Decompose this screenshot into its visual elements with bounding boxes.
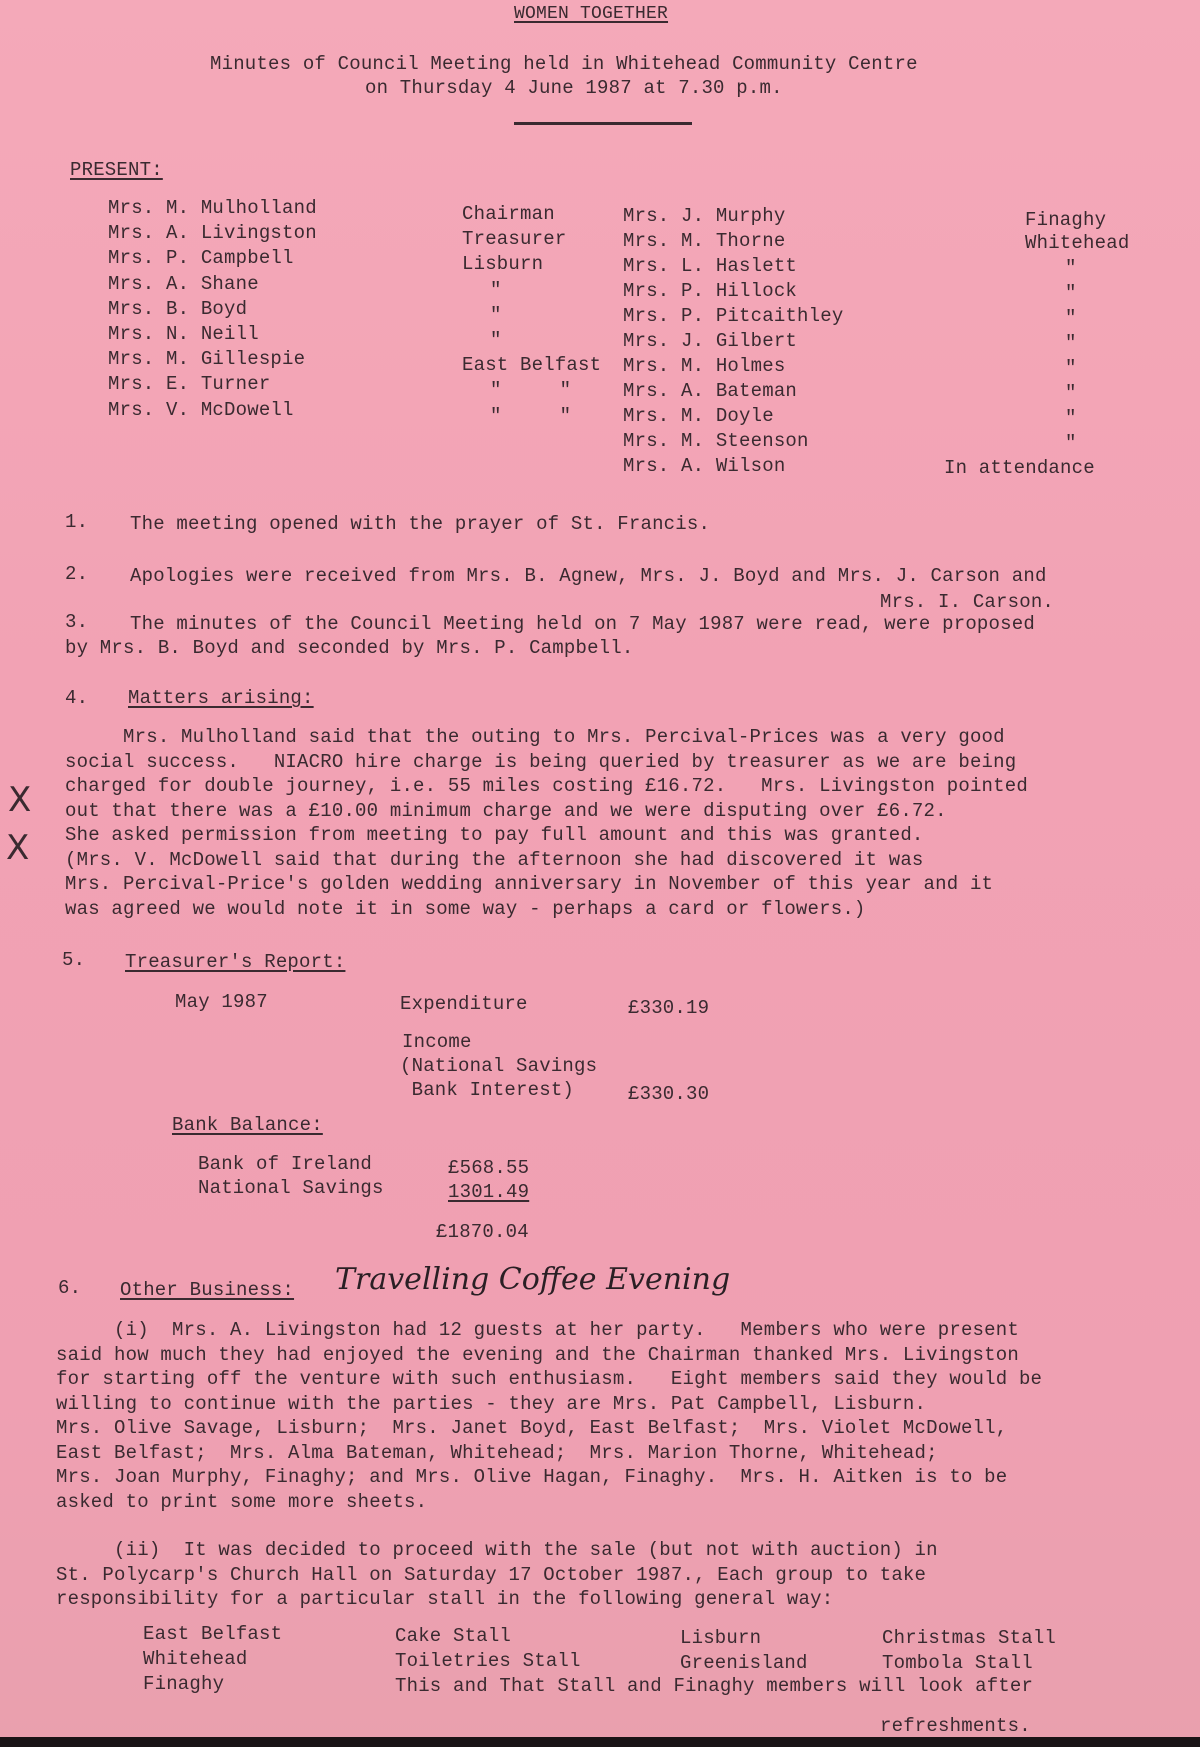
item-4-heading: Matters arising: xyxy=(128,686,314,710)
item-6-sub-2-line: St. Polycarp's Church Hall on Saturday 1… xyxy=(56,1563,926,1587)
attendee-role: Treasurer xyxy=(462,227,566,251)
meeting-subtitle-line2: on Thursday 4 June 1987 at 7.30 p.m. xyxy=(365,76,783,100)
balance-total: £1870.04 xyxy=(436,1220,529,1244)
item-6-sub-1-line: East Belfast; Mrs. Alma Bateman, Whitehe… xyxy=(56,1441,938,1465)
stall-group: Finaghy xyxy=(143,1672,224,1696)
item-2-number: 2. xyxy=(65,562,88,586)
item-1-text: The meeting opened with the prayer of St… xyxy=(130,512,710,536)
attendee-role: Lisburn xyxy=(462,252,543,276)
attendee-name: Mrs. A. Shane xyxy=(108,272,259,296)
attendee-role: " xyxy=(490,278,502,302)
attendee-role: Finaghy xyxy=(1025,208,1106,232)
item-3-line2: by Mrs. B. Boyd and seconded by Mrs. P. … xyxy=(65,636,634,660)
attendee-name: Mrs. P. Pitcaithley xyxy=(623,304,843,328)
attendee-role: " xyxy=(490,328,502,352)
header-divider xyxy=(514,122,692,125)
org-title: WOMEN TOGETHER xyxy=(514,2,668,26)
item-4-number: 4. xyxy=(65,686,88,710)
attendee-role: " xyxy=(490,303,502,327)
attendee-name: Mrs. M. Mulholland xyxy=(108,196,317,220)
attendee-name: Mrs. P. Campbell xyxy=(108,246,294,270)
attendee-name: Mrs. M. Thorne xyxy=(623,229,785,253)
document-page: WOMEN TOGETHER Minutes of Council Meetin… xyxy=(0,0,1200,1747)
attendee-name: Mrs. J. Murphy xyxy=(623,204,785,228)
margin-mark-2: X xyxy=(6,828,29,868)
stall-name: Toiletries Stall xyxy=(395,1649,581,1673)
report-period: May 1987 xyxy=(175,990,268,1014)
attendee-role: " xyxy=(1065,381,1077,405)
attendee-name: Mrs. V. McDowell xyxy=(108,398,294,422)
attendee-name: Mrs. J. Gilbert xyxy=(623,329,797,353)
item-6-sub-1-line: willing to continue with the parties - t… xyxy=(56,1392,926,1416)
item-2-text: Apologies were received from Mrs. B. Agn… xyxy=(130,564,1047,588)
handwritten-note: Travelling Coffee Evening xyxy=(335,1262,730,1297)
item-4-line: social success. NIACRO hire charge is be… xyxy=(65,750,1016,774)
item-6-sub-1-line: Mrs. Olive Savage, Lisburn; Mrs. Janet B… xyxy=(56,1416,1007,1440)
item-3-line1: The minutes of the Council Meeting held … xyxy=(130,612,1035,636)
item-4-line: Mrs. Percival-Price's golden wedding ann… xyxy=(65,872,993,896)
attendee-role: Whitehead xyxy=(1025,231,1129,255)
attendee-name: Mrs. M. Doyle xyxy=(623,404,774,428)
expenditure-label: Expenditure xyxy=(400,992,528,1016)
item-4-line: charged for double journey, i.e. 55 mile… xyxy=(65,774,1028,798)
account-2-name: National Savings xyxy=(198,1176,384,1200)
item-6-sub-1-line: for starting off the venture with such e… xyxy=(56,1367,1042,1391)
item-4-line: (Mrs. V. McDowell said that during the a… xyxy=(65,848,924,872)
item-4-line: Mrs. Mulholland said that the outing to … xyxy=(65,725,1005,749)
attendee-name: Mrs. M. Gillespie xyxy=(108,347,305,371)
scan-bottom-edge xyxy=(0,1737,1200,1747)
attendee-name: Mrs. L. Haslett xyxy=(623,254,797,278)
item-6-sub-2-line: responsibility for a particular stall in… xyxy=(56,1587,833,1611)
attendee-role: " xyxy=(1065,256,1077,280)
margin-mark-1: X xyxy=(8,780,31,820)
attendee-name: Mrs. B. Boyd xyxy=(108,297,247,321)
attendee-role: " xyxy=(1065,331,1077,355)
attendee-name: Mrs. A. Bateman xyxy=(623,379,797,403)
item-3-number: 3. xyxy=(65,610,88,634)
item-6-sub-1-line: said how much they had enjoyed the eveni… xyxy=(56,1343,1019,1367)
stall-name: Christmas Stall xyxy=(882,1626,1056,1650)
item-6-heading: Other Business: xyxy=(120,1278,294,1302)
item-5-heading: Treasurer's Report: xyxy=(125,950,345,974)
attendee-name: Mrs. M. Steenson xyxy=(623,429,809,453)
attendee-name: Mrs. A. Wilson xyxy=(623,454,785,478)
stall-group: Greenisland xyxy=(680,1651,808,1675)
attendee-role: " xyxy=(1065,431,1077,455)
income-label-2: (National Savings xyxy=(400,1054,597,1078)
item-4-line: was agreed we would note it in some way … xyxy=(65,897,866,921)
income-value: £330.30 xyxy=(628,1082,709,1106)
item-6-sub-1-line: (i) Mrs. A. Livingston had 12 guests at … xyxy=(56,1318,1019,1342)
item-6-sub-1-line: asked to print some more sheets. xyxy=(56,1490,427,1514)
attendee-name: Mrs. N. Neill xyxy=(108,322,259,346)
attendee-name: Mrs. A. Livingston xyxy=(108,221,317,245)
attendee-name: Mrs. M. Holmes xyxy=(623,354,785,378)
attendee-role: East Belfast xyxy=(462,353,601,377)
stalls-continuation: refreshments. xyxy=(880,1714,1031,1738)
expenditure-value: £330.19 xyxy=(628,996,709,1020)
attendee-role: " " xyxy=(490,404,571,428)
item-5-number: 5. xyxy=(62,948,85,972)
stall-group: East Belfast xyxy=(143,1622,282,1646)
stall-group: Whitehead xyxy=(143,1647,247,1671)
attendee-role: " xyxy=(1065,356,1077,380)
item-6-sub-2-line: (ii) It was decided to proceed with the … xyxy=(56,1538,938,1562)
stall-name: This and That Stall and Finaghy members … xyxy=(395,1674,1033,1698)
present-label: PRESENT: xyxy=(70,158,163,182)
item-1-number: 1. xyxy=(65,510,88,534)
meeting-subtitle-line1: Minutes of Council Meeting held in White… xyxy=(210,52,918,76)
item-6-sub-1-line: Mrs. Joan Murphy, Finaghy; and Mrs. Oliv… xyxy=(56,1465,1007,1489)
bank-balance-heading: Bank Balance: xyxy=(172,1113,323,1137)
item-4-line: She asked permission from meeting to pay… xyxy=(65,823,924,847)
account-2-value: 1301.49 xyxy=(448,1180,529,1204)
account-1-value: £568.55 xyxy=(448,1156,529,1180)
attendee-role: " xyxy=(1065,306,1077,330)
stall-name: Tombola Stall xyxy=(882,1651,1033,1675)
attendee-name: Mrs. E. Turner xyxy=(108,372,270,396)
item-4-line: out that there was a £10.00 minimum char… xyxy=(65,799,947,823)
attendee-role: " " xyxy=(490,378,571,402)
stall-name: Cake Stall xyxy=(395,1624,511,1648)
attendee-role: " xyxy=(1065,406,1077,430)
attendee-role: In attendance xyxy=(944,456,1095,480)
income-label-3: Bank Interest) xyxy=(400,1078,574,1102)
attendee-role: " xyxy=(1065,281,1077,305)
account-1-name: Bank of Ireland xyxy=(198,1152,372,1176)
item-6-number: 6. xyxy=(58,1276,81,1300)
income-label-1: Income xyxy=(402,1030,472,1054)
attendee-name: Mrs. P. Hillock xyxy=(623,279,797,303)
item-2-text-cont: Mrs. I. Carson. xyxy=(880,590,1054,614)
stall-group: Lisburn xyxy=(680,1626,761,1650)
attendee-role: Chairman xyxy=(462,202,555,226)
